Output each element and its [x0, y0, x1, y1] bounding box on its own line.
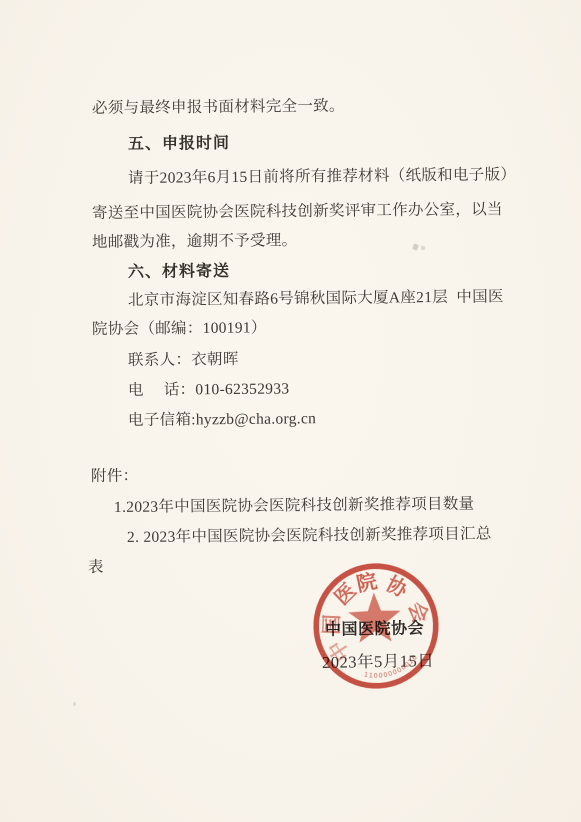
- email-line: 电子信箱:hyzzb@cha.org.cn: [128, 409, 316, 430]
- deadline-paragraph-line-1: 请于2023年6月15日前将所有推荐材料（纸版和电子版）: [128, 165, 516, 188]
- attachment-item-2-line-1: 2. 2023年中国医院协会医院科技创新奖推荐项目汇总: [127, 525, 492, 547]
- seal-arc-char: 国: [320, 614, 344, 635]
- attachment-item-1: 1.2023年中国医院协会医院科技创新奖推荐项目数量: [114, 495, 475, 517]
- scan-artifact: [412, 243, 419, 250]
- body-line-continued: 必须与最终申报书面材料完全一致。: [92, 97, 345, 118]
- section-heading-6: 六、材料寄送: [128, 261, 230, 281]
- section-heading-5: 五、申报时间: [128, 133, 230, 153]
- attachments-label: 附件：: [91, 467, 139, 486]
- attachment-item-2-line-2: 表: [88, 558, 104, 577]
- official-seal: 中 国 医 院 协 会 110000000026: [298, 548, 453, 703]
- deadline-paragraph-line-3: 地邮戳为准，逾期不予受理。: [92, 231, 298, 252]
- scanned-document-page: 必须与最终申报书面材料完全一致。 五、申报时间 请于2023年6月15日前将所有…: [0, 0, 581, 822]
- document-body: 必须与最终申报书面材料完全一致。 五、申报时间 请于2023年6月15日前将所有…: [0, 0, 581, 822]
- mailing-address-line-1: 北京市海淀区知春路6号锦秋国际大厦A座21层 中国医: [128, 287, 504, 310]
- mailing-address-line-2: 院协会（邮编：100191）: [92, 318, 267, 339]
- deadline-paragraph-line-2: 寄送至中国医院协会医院科技创新奖评审工作办公室，以当: [92, 200, 503, 223]
- seal-arc-char: 院: [354, 568, 380, 596]
- contact-person-line: 联系人：衣朝晖: [128, 350, 239, 370]
- phone-line: 电 话：010-62352933: [128, 379, 290, 400]
- scan-artifact: [73, 702, 76, 706]
- scan-artifact: [421, 246, 425, 250]
